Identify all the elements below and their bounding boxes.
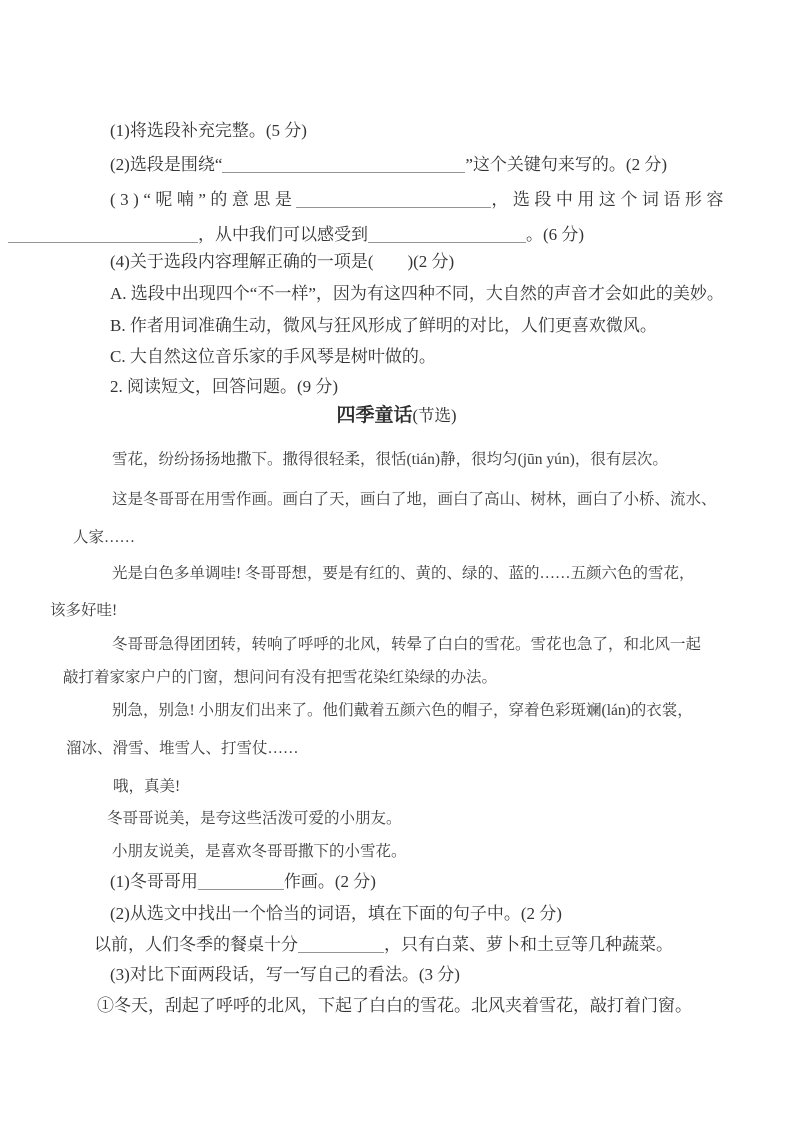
question-3-text-after: ，选段中用这个词语形容 — [491, 190, 728, 209]
fill-in-blank — [198, 874, 284, 890]
question-3-line2: ，从中我们可以感受到。(6 分) — [8, 224, 584, 245]
compare-paragraph-1: ①冬天，刮起了呼呼的北风，下起了白白的雪花。北风夹着雪花，敲打着门窗。 — [97, 995, 692, 1016]
sub-question-1: (1)冬哥哥用作画。(2 分) — [110, 871, 376, 892]
sub-question-1-text-after: 作画。(2 分) — [284, 872, 376, 891]
passage-line: 小朋友说美，是喜欢冬哥哥撒下的小雪花。 — [112, 842, 407, 861]
passage-line: 冬哥哥说美，是夸这些活泼可爱的小朋友。 — [107, 809, 402, 828]
passage-line: 雪花，纷纷扬扬地撒下。撒得很轻柔，很恬(tián)静，很均匀(jūn yún)，… — [112, 450, 668, 469]
sub-question-2-sentence-text: 以前，人们冬季的餐桌十分 — [94, 935, 298, 954]
passage-line: 人家…… — [73, 528, 135, 547]
question-4: (4)关于选段内容理解正确的一项是( )(2 分) — [110, 251, 454, 272]
option-c: C. 大自然这位音乐家的手风琴是树叶做的。 — [110, 346, 436, 367]
question-1: (1)将选段补充完整。(5 分) — [110, 120, 307, 141]
worksheet-page: (1)将选段补充完整。(5 分) (2)选段是围绕“”这个关键句来写的。(2 分… — [0, 0, 793, 1122]
passage-line: 光是白色多单调哇! 冬哥哥想，要是有红的、黄的、绿的、蓝的……五颜六色的雪花， — [112, 564, 695, 583]
fill-in-blank — [368, 227, 526, 243]
option-b: B. 作者用词准确生动，微风与狂风形成了鲜明的对比，人们更喜欢微风。 — [110, 315, 657, 336]
question-3-text: (3)“呢喃”的意思是 — [110, 190, 296, 209]
passage-line: 溜冰、滑雪、堆雪人、打雪仗…… — [66, 739, 299, 758]
sub-question-3: (3)对比下面两段话，写一写自己的看法。(3 分) — [110, 964, 460, 985]
passage-line: 冬哥哥急得团团转，转响了呼呼的北风，转晕了白白的雪花。雪花也急了，和北风一起 — [112, 635, 701, 654]
section-2-heading: 2. 阅读短文，回答问题。(9 分) — [110, 376, 338, 397]
fill-in-blank — [296, 192, 491, 208]
option-a: A. 选段中出现四个“不一样”，因为有这四种不同，大自然的声音才会如此的美妙。 — [110, 283, 724, 304]
passage-title-suffix: (节选) — [413, 406, 457, 425]
question-2-text-after: ”这个关键句来写的。(2 分) — [465, 155, 667, 174]
passage-title: 四季童话(节选) — [0, 404, 793, 428]
question-2: (2)选段是围绕“”这个关键句来写的。(2 分) — [110, 154, 667, 175]
question-3-cont-end: 。(6 分) — [526, 225, 584, 244]
fill-in-blank — [298, 937, 384, 953]
fill-in-blank — [222, 157, 465, 173]
sub-question-2-sentence: 以前，人们冬季的餐桌十分，只有白菜、萝卜和土豆等几种蔬菜。 — [94, 934, 673, 955]
sub-question-2-sentence-after: ，只有白菜、萝卜和土豆等几种蔬菜。 — [384, 935, 673, 954]
sub-question-1-text: (1)冬哥哥用 — [110, 872, 198, 891]
passage-line: 敲打着家家户户的门窗，想问问有没有把雪花染红染绿的办法。 — [63, 668, 497, 687]
question-2-text: (2)选段是围绕“ — [110, 155, 222, 174]
passage-line: 这是冬哥哥在用雪作画。画白了天，画白了地，画白了高山、树林，画白了小桥、流水、 — [112, 490, 717, 509]
passage-line: 该多好哇! — [50, 601, 117, 620]
passage-line: 哦，真美! — [113, 777, 180, 796]
sub-question-2: (2)从选文中找出一个恰当的词语，填在下面的句子中。(2 分) — [110, 903, 562, 924]
fill-in-blank — [8, 227, 198, 243]
question-3-line1: (3)“呢喃”的意思是，选段中用这个词语形容 — [110, 189, 728, 210]
passage-line: 别急，别急! 小朋友们出来了。他们戴着五颜六色的帽子，穿着色彩斑斓(lán)的衣… — [112, 701, 693, 720]
passage-title-main: 四季童话 — [336, 405, 412, 426]
question-3-cont-text: ，从中我们可以感受到 — [198, 225, 368, 244]
